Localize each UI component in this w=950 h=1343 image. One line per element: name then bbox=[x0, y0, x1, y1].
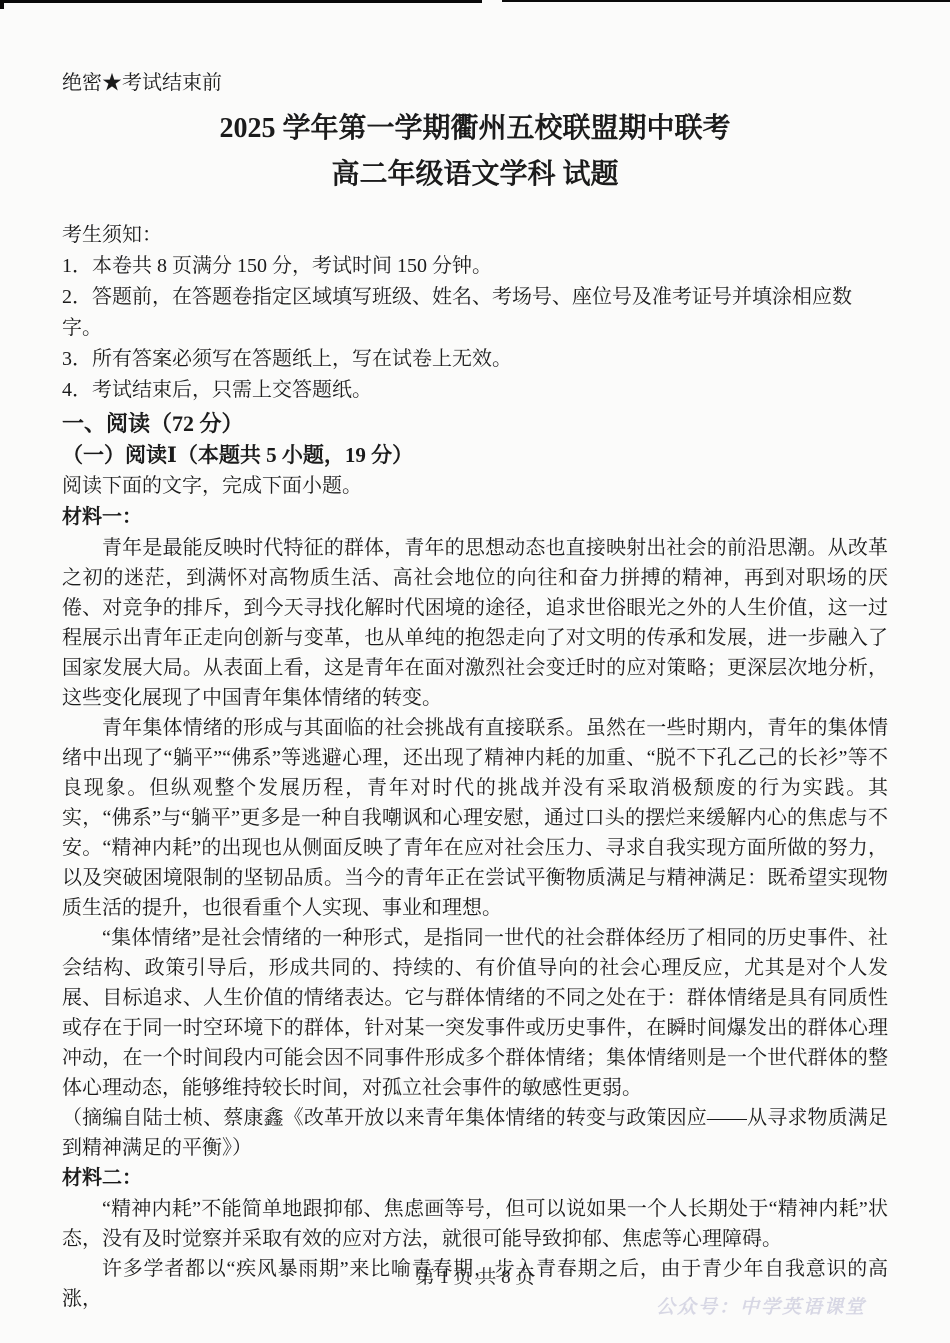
notice-heading: 考生须知： bbox=[62, 220, 888, 251]
exam-title-line1: 2025 学年第一学期衢州五校联盟期中联考 bbox=[62, 110, 888, 148]
classification-label: 绝密★考试结束前 bbox=[62, 0, 888, 96]
notice-item-4: 4．考试结束后，只需上交答题纸。 bbox=[62, 375, 888, 406]
notice-item-1: 1．本卷共 8 页满分 150 分，考试时间 150 分钟。 bbox=[62, 251, 888, 282]
reading-instruction: 阅读下面的文字，完成下面小题。 bbox=[62, 471, 888, 502]
exam-title-line2: 高二年级语文学科 试题 bbox=[62, 156, 888, 194]
material-2-paragraph-1: “精神内耗”不能简单地跟抑郁、焦虑画等号，但可以说如果一个人长期处于“精神内耗”… bbox=[62, 1194, 888, 1254]
material-1-paragraph-3: “集体情绪”是社会情绪的一种形式，是指同一世代的社会群体经历了相同的历史事件、社… bbox=[62, 923, 888, 1103]
subsection-heading-reading-1: （一）阅读Ⅰ（本题共 5 小题，19 分） bbox=[62, 440, 888, 471]
page-number-indicator: 第 1 页 共 8 页 bbox=[0, 1262, 950, 1289]
publisher-watermark: 公众号：中学英语课堂 bbox=[656, 1292, 866, 1319]
material-1-source: （摘编自陆士桢、蔡康鑫《改革开放以来青年集体情绪的转变与政策因应——从寻求物质满… bbox=[62, 1103, 888, 1163]
notice-item-3: 3．所有答案必须写在答题纸上，写在试卷上无效。 bbox=[62, 344, 888, 375]
exam-paper-page: { "header": { "classification": "绝密★考试结束… bbox=[0, 0, 950, 1343]
material-1-paragraph-1: 青年是最能反映时代特征的群体，青年的思想动态也直接映射出社会的前沿思潮。从改革之… bbox=[62, 533, 888, 713]
scan-artifact-blob bbox=[0, 0, 4, 9]
material-1-paragraph-2: 青年集体情绪的形成与其面临的社会挑战有直接联系。虽然在一些时期内，青年的集体情绪… bbox=[62, 713, 888, 923]
candidate-notice: 考生须知： 1．本卷共 8 页满分 150 分，考试时间 150 分钟。 2．答… bbox=[62, 220, 888, 406]
section-heading-reading: 一、阅读（72 分） bbox=[62, 408, 888, 440]
page-content: 绝密★考试结束前 2025 学年第一学期衢州五校联盟期中联考 高二年级语文学科 … bbox=[0, 0, 950, 1314]
scan-artifact-bar-left bbox=[0, 0, 482, 3]
material-2-label: 材料二： bbox=[62, 1163, 888, 1194]
scan-artifact-bar-right bbox=[502, 0, 950, 2]
notice-item-2: 2．答题前，在答题卷指定区域填写班级、姓名、考场号、座位号及准考证号并填涂相应数… bbox=[62, 282, 888, 344]
material-1-label: 材料一： bbox=[62, 502, 888, 533]
